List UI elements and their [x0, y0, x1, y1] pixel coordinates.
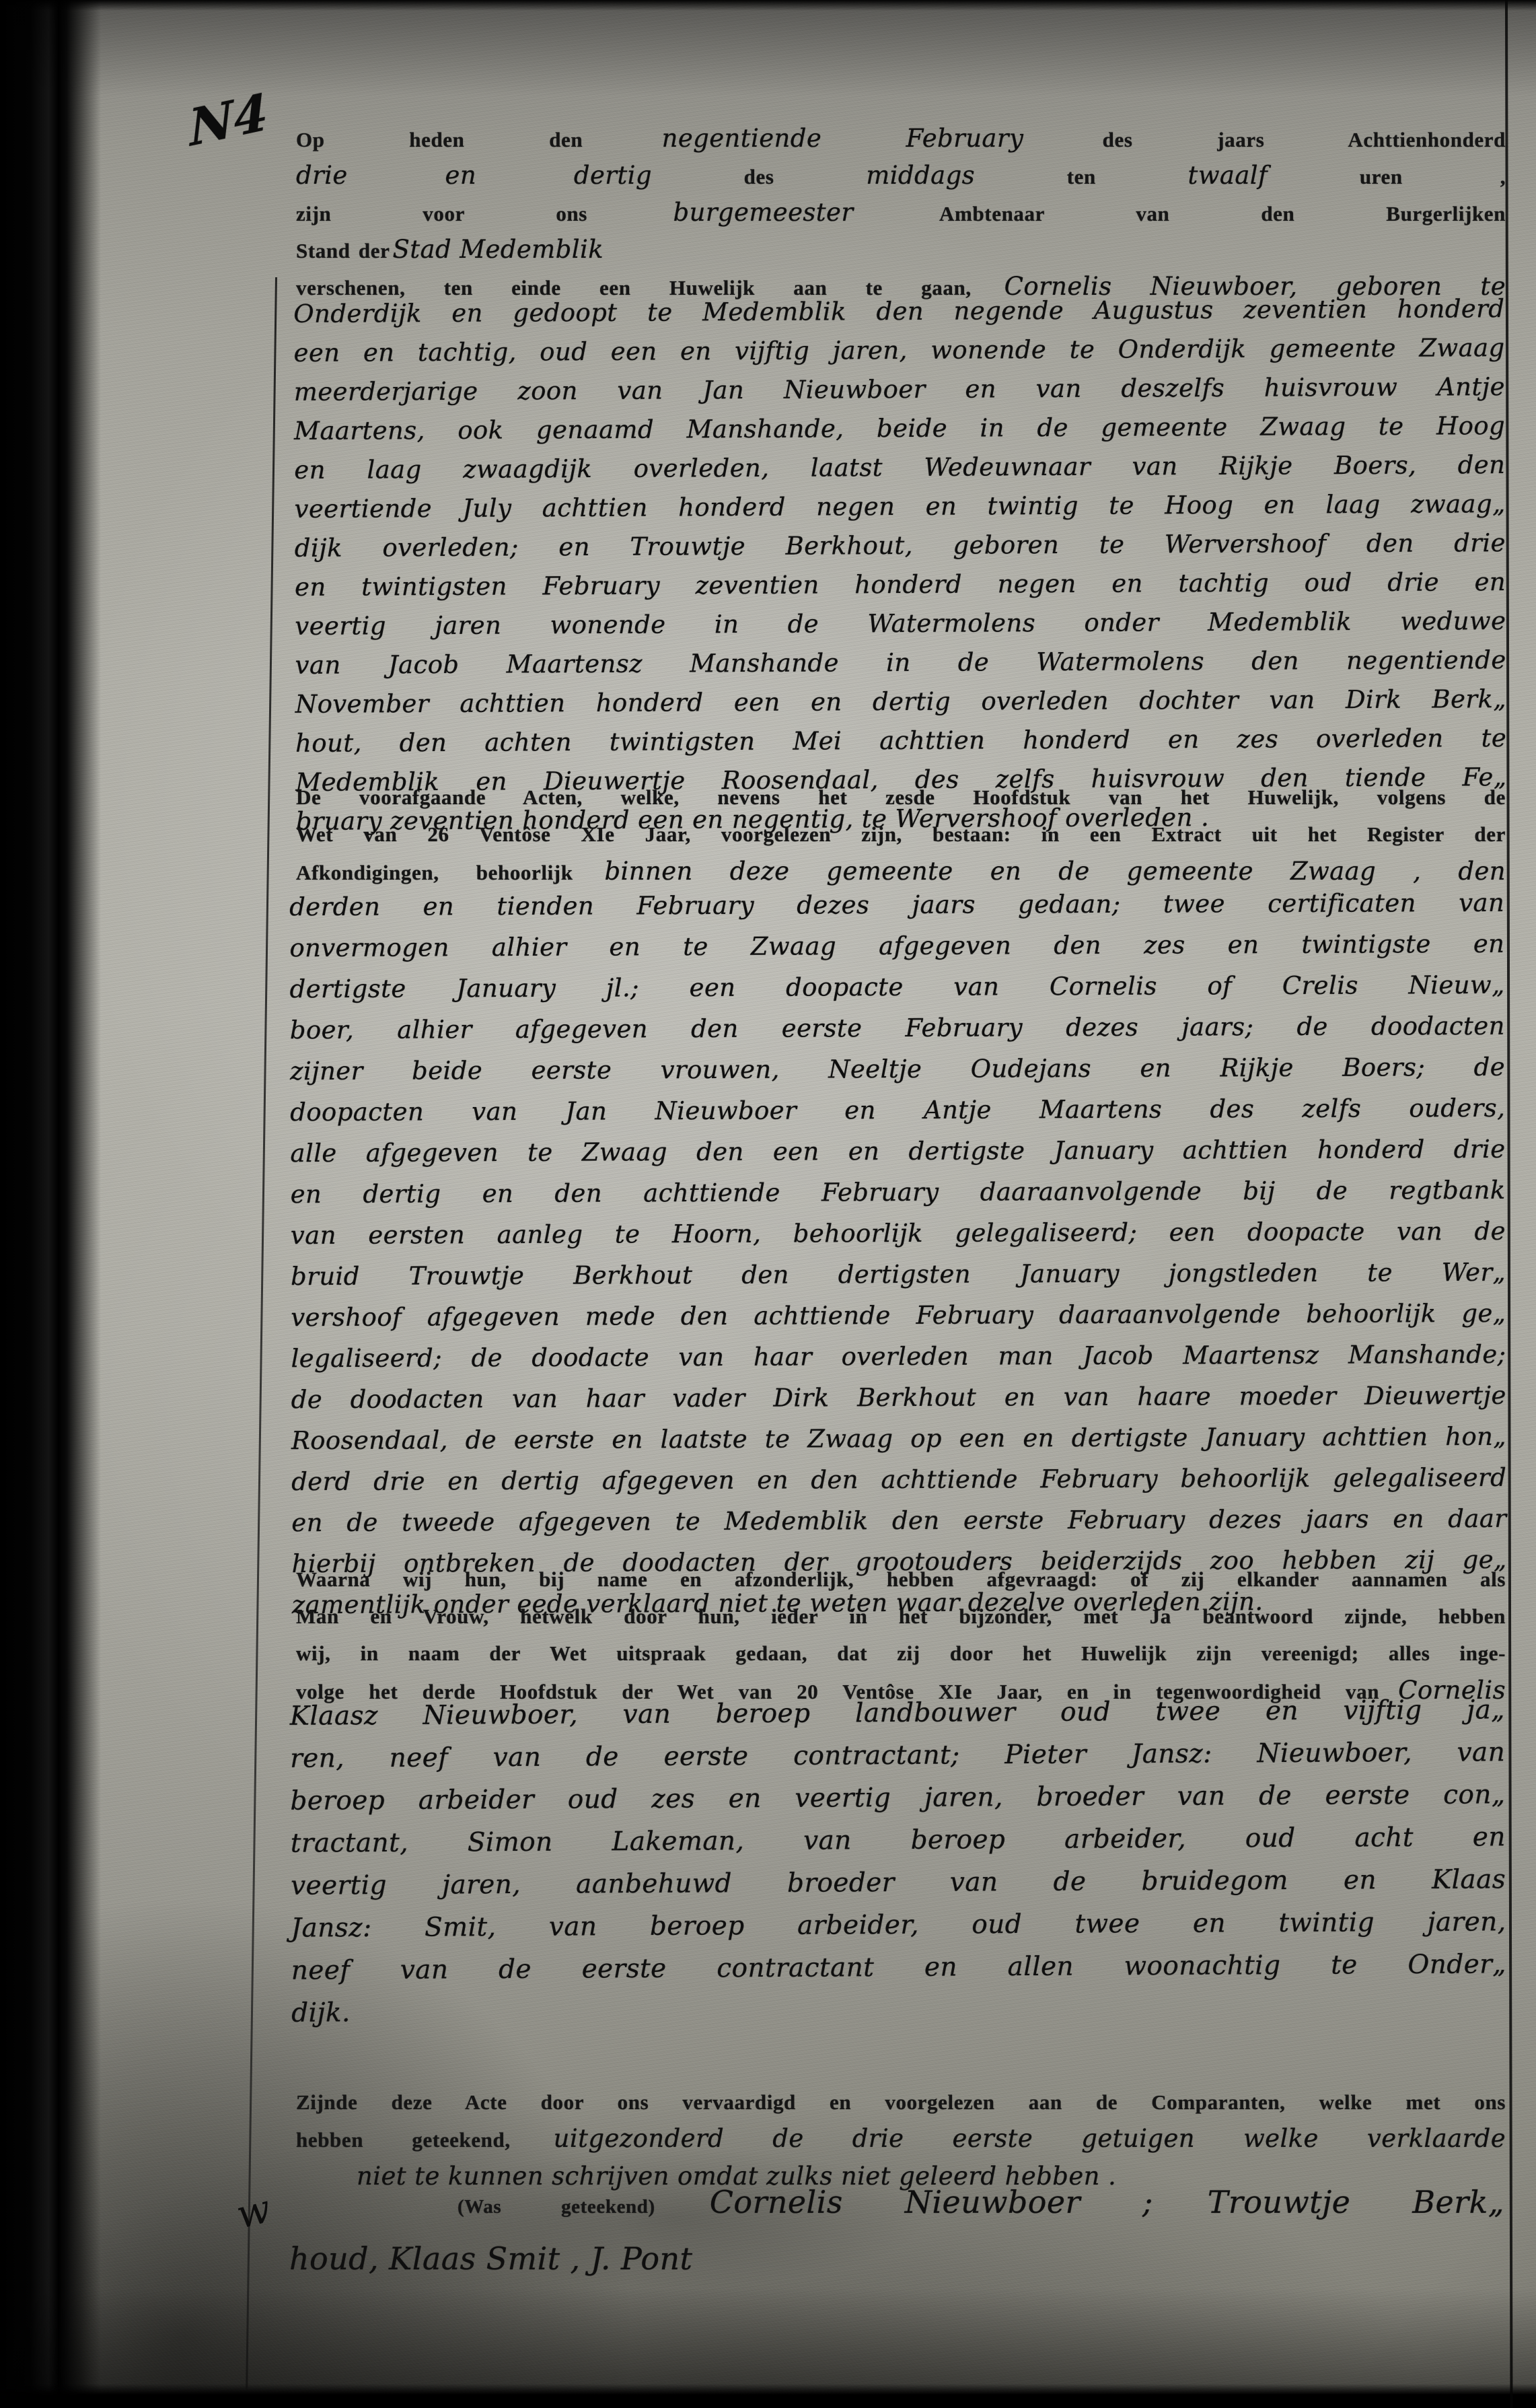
- document-line: vershoof afgegeven mede den achttiende F…: [291, 1296, 1506, 1341]
- handwritten-text: derden en tienden February dezes jaars g…: [289, 888, 1504, 921]
- document-line: van Jacob Maartensz Manshande in de Wate…: [295, 643, 1506, 688]
- signatures-block: (Was geteekend) Cornelis Nieuwboer ; Tro…: [289, 2178, 1504, 2291]
- handwritten-text: bruid Trouwtje Berkhout den dertigsten J…: [291, 1258, 1506, 1291]
- printed-text: uren ,: [1360, 165, 1506, 188]
- handwritten-text: boer, alhier afgegeven den eerste Februa…: [290, 1012, 1505, 1044]
- handwritten-text: en dertig en den achttiende February daa…: [291, 1176, 1506, 1209]
- handwritten-text: en twintigsten February zeventien honder…: [295, 567, 1506, 602]
- document-line: boer, alhier afgegeven den eerste Februa…: [290, 1008, 1505, 1053]
- printed-text: des: [744, 165, 774, 188]
- document-line: doopacten van Jan Nieuwboer en Antje Maa…: [290, 1090, 1505, 1135]
- document-line: alle afgegeven te Zwaag den een en derti…: [290, 1131, 1505, 1176]
- document-line: veertig jaren wonende in de Watermolens …: [295, 604, 1506, 649]
- document-line: wij, in naam der Wet uitspraak gedaan, d…: [296, 1637, 1506, 1674]
- witnesses-block: Klaasz Nieuwboer, van beroep landbouwer …: [290, 1691, 1507, 2037]
- handwritten-text: hout, den achten twintigsten Mei achttie…: [295, 723, 1506, 758]
- document-line: en dertig en den achttiende February daa…: [291, 1172, 1506, 1217]
- document-line: onvermogen alhier en te Zwaag afgegeven …: [289, 926, 1504, 971]
- document-line: zijner beide eerste vrouwen, Neeltje Oud…: [290, 1049, 1505, 1094]
- handwritten-text: binnen deze gemeente en de gemeente Zwaa…: [604, 857, 1506, 886]
- document-line: Roosendaal, de eerste en laatste te Zwaa…: [291, 1419, 1506, 1464]
- document-line: Man en Vrouw, hetwelk door hun, ieder in…: [296, 1600, 1506, 1637]
- handwritten-text: veertig jaren wonende in de Watermolens …: [295, 606, 1506, 641]
- document-line: November achttien honderd een en dertig …: [295, 682, 1506, 727]
- acten-paragraph: De voorafgaande Acten, welke, nevens het…: [296, 781, 1506, 893]
- handwritten-text: dijk overleden; en Trouwtje Berkhout, ge…: [295, 528, 1506, 563]
- handwritten-text: beroep arbeider oud zes en veertig jaren…: [290, 1779, 1505, 1816]
- scan-edge-bottom: [0, 2384, 1536, 2408]
- handwritten-text: neef van de eerste contractant en allen …: [291, 1949, 1506, 1985]
- document-line: dijk.: [291, 1988, 1506, 2037]
- document-line: derden en tienden February dezes jaars g…: [289, 885, 1504, 930]
- document-line: beroep arbeider oud zes en veertig jaren…: [290, 1776, 1505, 1825]
- handwritten-text: uitgezonderd de drie eerste getuigen wel…: [554, 2124, 1506, 2153]
- handwritten-text: tractant, Simon Lakeman, van beroep arbe…: [291, 1822, 1506, 1858]
- document-line: van eersten aanleg te Hoorn, behoorlijk …: [291, 1213, 1506, 1259]
- handwritten-text: burgemeester: [673, 198, 854, 227]
- printed-text: Afkondigingen, behoorlijk: [296, 861, 573, 884]
- handwritten-text: dertigste January jl.; een doopacte van …: [290, 970, 1505, 1003]
- document-line: ren, neef van de eerste contractant; Pie…: [290, 1734, 1505, 1782]
- printed-text: De voorafgaande Acten, welke, nevens het…: [296, 785, 1506, 809]
- handwritten-text: negentiende February: [662, 124, 1024, 153]
- printed-text: wij, in naam der Wet uitspraak gedaan, d…: [296, 1641, 1506, 1665]
- scan-edge-top: [0, 0, 1536, 11]
- printed-text: des jaars Achttienhonderd: [1103, 128, 1506, 151]
- printed-text: Ambtenaar van den Burgerlijken: [939, 202, 1506, 225]
- printed-text: Stand der: [296, 239, 390, 262]
- document-line: dijk overleden; en Trouwtje Berkhout, ge…: [295, 526, 1506, 571]
- handwritten-text: Stad Medemblik: [392, 235, 604, 264]
- document-line: tractant, Simon Lakeman, van beroep arbe…: [291, 1818, 1506, 1867]
- handwritten-text: van eersten aanleg te Hoorn, behoorlijk …: [291, 1217, 1506, 1250]
- handwritten-text: de doodacten van haar vader Dirk Berkhou…: [291, 1381, 1506, 1414]
- handwritten-text: Klaasz Nieuwboer, van beroep landbouwer …: [290, 1695, 1505, 1731]
- handwritten-text: twaalf: [1188, 161, 1268, 190]
- printed-text: zijn voor ons: [296, 202, 587, 225]
- handwritten-text: van Jacob Maartensz Manshande in de Wate…: [295, 645, 1506, 680]
- document-line: De voorafgaande Acten, welke, nevens het…: [296, 781, 1506, 818]
- book-binding-edge: [0, 0, 101, 2408]
- document-line: drie en dertig des middags ten twaalf ur…: [296, 160, 1506, 197]
- document-line: legaliseerd; de doodacte van haar overle…: [291, 1337, 1506, 1382]
- document-line: Klaasz Nieuwboer, van beroep landbouwer …: [290, 1691, 1505, 1740]
- groom-bride-block: Onderdijk en gedoopt te Medemblik den ne…: [293, 292, 1507, 844]
- handwritten-text: doopacten van Jan Nieuwboer en Antje Maa…: [290, 1094, 1505, 1127]
- printed-text: Op heden den: [296, 128, 583, 151]
- document-line: veertig jaren, aanbehuwd broeder van de …: [291, 1861, 1506, 1909]
- document-line: bruid Trouwtje Berkhout den dertigsten J…: [291, 1254, 1506, 1300]
- printed-text: Wet van 26 Ventôse XIe Jaar, voorgelezen…: [296, 822, 1506, 846]
- handwritten-text: dijk.: [291, 1997, 351, 2028]
- printed-text: ten: [1067, 165, 1096, 188]
- handwritten-text: onvermogen alhier en te Zwaag afgegeven …: [289, 929, 1504, 962]
- handwritten-text: veertiende July achttien honderd negen e…: [295, 489, 1506, 524]
- document-line: Jansz: Smit, van beroep arbeider, oud tw…: [291, 1903, 1506, 1952]
- handwritten-text: Trouwtje Berk„: [1208, 2184, 1504, 2220]
- handwritten-text: Roosendaal, de eerste en laatste te Zwaa…: [291, 1422, 1506, 1455]
- documents-block: derden en tienden February dezes jaars g…: [289, 885, 1507, 1628]
- document-line: derd drie en dertig afgegeven en den ach…: [291, 1460, 1506, 1505]
- document-line: Stand der Stad Medemblik: [296, 234, 1506, 271]
- handwritten-text: Cornelis Nieuwboer ;: [710, 2184, 1153, 2220]
- scanned-marriage-record: N4 Op heden den negentiende February des…: [0, 0, 1536, 2408]
- handwritten-text: Maartens, ook genaamd Manshande, beide i…: [294, 411, 1505, 446]
- handwritten-text: ren, neef van de eerste contractant; Pie…: [290, 1737, 1505, 1773]
- document-line: hebben geteekend, uitgezonderd de drie e…: [296, 2123, 1506, 2160]
- document-line: en de tweede afgegeven te Medemblik den …: [291, 1501, 1506, 1546]
- document-line: zijn voor ons burgemeester Ambtenaar van…: [296, 197, 1506, 234]
- document-line: Waarna wij hun, bij name en afzonderlijk…: [296, 1563, 1506, 1600]
- printed-text: Man en Vrouw, hetwelk door hun, ieder in…: [296, 1604, 1506, 1628]
- document-line: de doodacten van haar vader Dirk Berkhou…: [291, 1378, 1506, 1423]
- handwritten-text: Jansz: Smit, van beroep arbeider, oud tw…: [291, 1907, 1506, 1943]
- document-line: meerderjarige zoon van Jan Nieuwboer en …: [294, 370, 1505, 415]
- document-line: Wet van 26 Ventôse XIe Jaar, voorgelezen…: [296, 818, 1506, 855]
- document-line: hout, den achten twintigsten Mei achttie…: [295, 721, 1506, 766]
- document-line: Op heden den negentiende February des ja…: [296, 122, 1506, 160]
- handwritten-text: veertig jaren, aanbehuwd broeder van de …: [291, 1864, 1506, 1901]
- handwritten-text: zijner beide eerste vrouwen, Neeltje Oud…: [290, 1053, 1505, 1086]
- handwritten-text: vershoof afgegeven mede den achttiende F…: [291, 1299, 1506, 1332]
- printed-text: Waarna wij hun, bij name en afzonderlijk…: [296, 1567, 1506, 1591]
- handwritten-text: meerderjarige zoon van Jan Nieuwboer en …: [294, 372, 1505, 406]
- handwritten-text: een en tachtig, oud een en vijftig jaren…: [294, 333, 1505, 367]
- document-line: Onderdijk en gedoopt te Medemblik den ne…: [293, 292, 1504, 337]
- document-line: Maartens, ook genaamd Manshande, beide i…: [294, 409, 1505, 454]
- document-line: Zijnde deze Acte door ons vervaardigd en…: [296, 2086, 1506, 2123]
- document-line: dertigste January jl.; een doopacte van …: [290, 967, 1505, 1012]
- document-line: en laag zwaagdijk overleden, laatst Wede…: [294, 448, 1505, 493]
- handwritten-text: alle afgegeven te Zwaag den een en derti…: [290, 1135, 1505, 1168]
- document-line: veertiende July achttien honderd negen e…: [295, 487, 1506, 532]
- document-line: neef van de eerste contractant en allen …: [291, 1946, 1506, 1994]
- handwritten-text: middags: [866, 161, 975, 190]
- handwritten-text: en laag zwaagdijk overleden, laatst Wede…: [294, 450, 1505, 485]
- vows-paragraph: Waarna wij hun, bij name en afzonderlijk…: [296, 1563, 1506, 1712]
- document-line: een en tachtig, oud een en vijftig jaren…: [293, 331, 1504, 376]
- printed-text: (Was geteekend): [458, 2196, 655, 2218]
- handwritten-text: drie en dertig: [296, 161, 652, 190]
- document-line: houd, Klaas Smit , J. Pont: [289, 2234, 1504, 2291]
- document-line: (Was geteekend) Cornelis Nieuwboer ; Tro…: [458, 2178, 1504, 2234]
- handwritten-text: legaliseerd; de doodacte van haar overle…: [291, 1340, 1506, 1373]
- header-block: Op heden den negentiende February des ja…: [296, 122, 1506, 308]
- handwritten-text: derd drie en dertig afgegeven en den ach…: [291, 1463, 1506, 1496]
- document-line: en twintigsten February zeventien honder…: [295, 565, 1506, 610]
- printed-text: Zijnde deze Acte door ons vervaardigd en…: [296, 2090, 1506, 2114]
- handwritten-text: November achttien honderd een en dertig …: [295, 684, 1506, 719]
- printed-text: hebben geteekend,: [296, 2128, 511, 2152]
- handwritten-text: en de tweede afgegeven te Medemblik den …: [291, 1504, 1506, 1537]
- handwritten-text: houd, Klaas Smit , J. Pont: [289, 2240, 692, 2277]
- handwritten-text: Onderdijk en gedoopt te Medemblik den ne…: [293, 294, 1504, 328]
